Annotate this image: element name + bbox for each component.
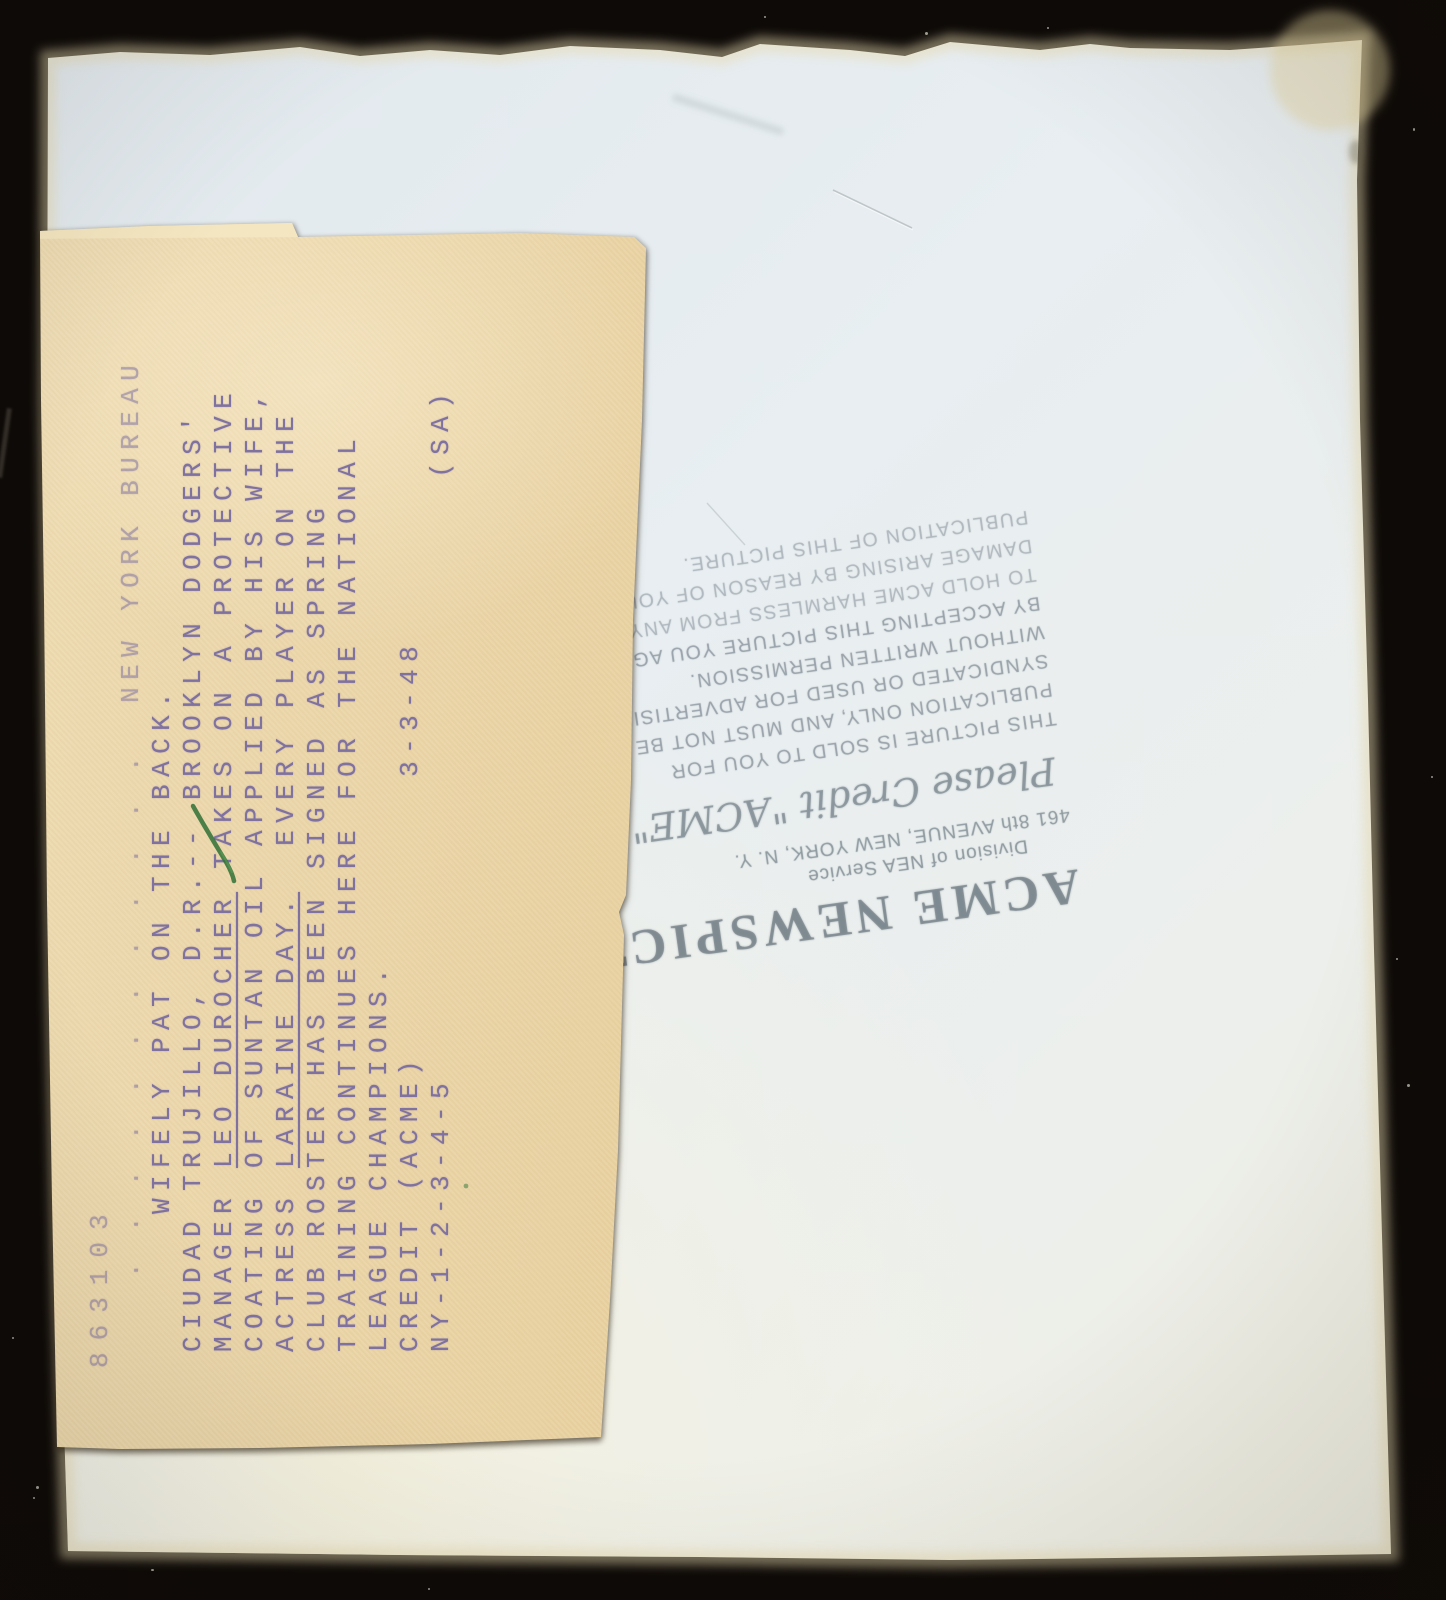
caption-credit-line: CREDIT (ACME) 3-3-48 xyxy=(395,228,426,1448)
caption-codes-line: NY-1-2-3-4-5 (SA) xyxy=(426,228,457,1448)
caption-line: TRAINING CONTINUES HERE FOR THE NATIONAL xyxy=(333,228,364,1448)
caption-slip: 863103 . . . . . . . . . . . . NEW YORK … xyxy=(0,0,1446,1600)
caption-bureau-line: . . . . . . . . . . . . NEW YORK BUREAU xyxy=(116,228,147,1448)
caption-line: MANAGER LEO DUROCHER TAKES ON A PROTECTI… xyxy=(209,228,240,1448)
caption-line: COATING OF SUNTAN OIL APPLIED BY HIS WIF… xyxy=(240,228,271,1448)
caption-line: ACTRESS LARAINE DAY. EVERY PLAYER ON THE xyxy=(271,228,302,1448)
typewritten-caption: 863103 . . . . . . . . . . . . NEW YORK … xyxy=(85,228,460,1448)
caption-line: LEAGUE CHAMPIONS. xyxy=(364,228,395,1448)
caption-photo-number: 863103 xyxy=(85,228,116,1448)
caption-title: WIFELY PAT ON THE BACK. xyxy=(147,228,178,1448)
caption-line: CLUB ROSTER HAS BEEN SIGNED AS SPRING xyxy=(302,228,333,1448)
caption-slip-shadow: 863103 . . . . . . . . . . . . NEW YORK … xyxy=(0,0,1446,1600)
caption-line: CIUDAD TRUJILLO, D.R.-- BROOKLYN DODGERS… xyxy=(178,228,209,1448)
press-photo-back-scan: ACME NEWSPICTURES Division of NEA Servic… xyxy=(0,0,1446,1600)
